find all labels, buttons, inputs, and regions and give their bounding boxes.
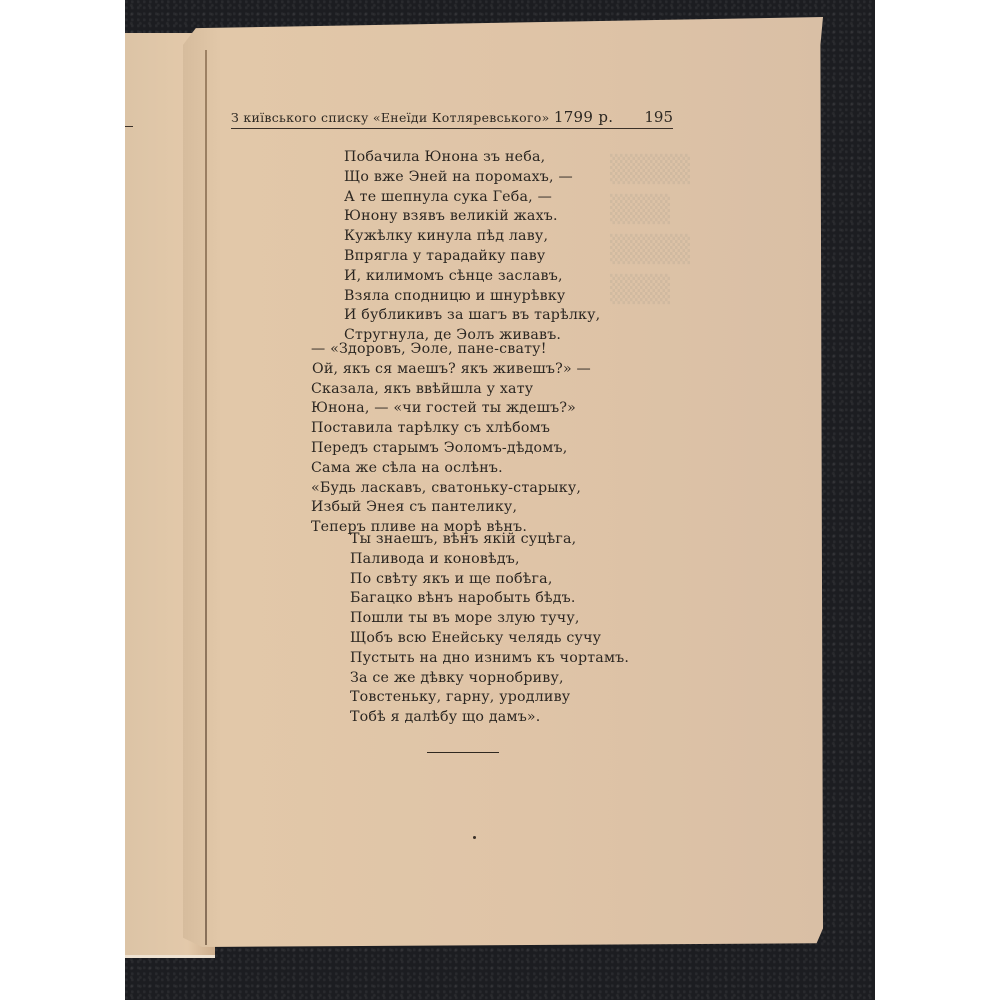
stanza-1: Побачила Юнона зъ неба, Що вже Эней на п… — [344, 148, 600, 346]
running-head-text: З київського списку «Енеїди Котляревсько… — [231, 110, 550, 125]
running-header: З київського списку «Енеїди Котляревсько… — [231, 104, 673, 129]
running-head-year: 1799 р. — [554, 108, 613, 126]
verse-line: И, килимомъ сѣнце заславъ, — [344, 267, 600, 287]
verse-line: Пустыть на дно изнимъ къ чортамъ. — [350, 649, 629, 669]
verse-line: За се же дѣвку чорнобриву, — [350, 669, 629, 689]
stanza-3: Ты знаешъ, вѣнъ якій суцѣга, Паливода и … — [350, 530, 629, 728]
verse-line: Кужѣлку кинула пѣд лаву, — [344, 227, 600, 247]
verse-line: По свѣту якъ и ще побѣга, — [350, 570, 629, 590]
verse-line: Товстеньку, гарну, уродливу — [350, 688, 629, 708]
book-spine-fold — [205, 50, 207, 945]
verse-line: Избый Энея съ пантелику, — [311, 498, 591, 518]
verse-line: И бубликивъ за шагъ въ тарѣлку, — [344, 306, 600, 326]
verse-line: Ты знаешъ, вѣнъ якій суцѣга, — [350, 530, 629, 550]
verse-line: Взяла сподницю и шнурѣвку — [344, 287, 600, 307]
verse-line: Побачила Юнона зъ неба, — [344, 148, 600, 168]
verse-line: Багацко вѣнъ наробыть бѣдъ. — [350, 589, 629, 609]
ink-speck — [473, 836, 476, 839]
verse-line: Сама же сѣла на ослѣнъ. — [311, 459, 591, 479]
verse-line: Юнону взявъ великій жахъ. — [344, 207, 600, 227]
left-page-header-rule — [125, 126, 133, 127]
verse-line: Поставила тарѣлку съ хлѣбомъ — [311, 419, 591, 439]
stanza-2: — «Здоровъ, Эоле, пане-свату! Ой, якъ ся… — [311, 340, 591, 538]
verse-line: Щобъ всю Енейську челядь сучу — [350, 629, 629, 649]
page-number: 195 — [644, 108, 673, 126]
verse-line: Пошли ты въ море злую тучу, — [350, 609, 629, 629]
end-of-section-rule — [427, 752, 499, 753]
verse-line: «Будь ласкавъ, сватоньку-старыку, — [311, 479, 591, 499]
verse-line: — «Здоровъ, Эоле, пане-свату! — [311, 340, 591, 360]
verse-line: Паливода и коновѣдъ, — [350, 550, 629, 570]
verse-line: А те шепнула сука Геба, — — [344, 188, 600, 208]
verse-line: Передъ старымъ Эоломъ-дѣдомъ, — [311, 439, 591, 459]
verse-line: Впрягла у тарадайку паву — [344, 247, 600, 267]
verse-line: Юнона, — «чи гостей ты ждешъ?» — [311, 399, 591, 419]
running-head-title: З київського списку «Енеїди Котляревсько… — [231, 108, 613, 126]
verse-line: Що вже Эней на поромахъ, — — [344, 168, 600, 188]
show-through-text: ▒▒▒▒▒▒▒▒▒▒▒▒▒▒ — [610, 150, 690, 310]
verse-line: Сказала, якъ ввѣйшла у хату — [311, 380, 591, 400]
verse-line: Тобѣ я далѣбу що дамъ». — [350, 708, 629, 728]
verse-line: Ой, якъ ся маешъ? якъ живешъ?» — — [311, 360, 591, 380]
